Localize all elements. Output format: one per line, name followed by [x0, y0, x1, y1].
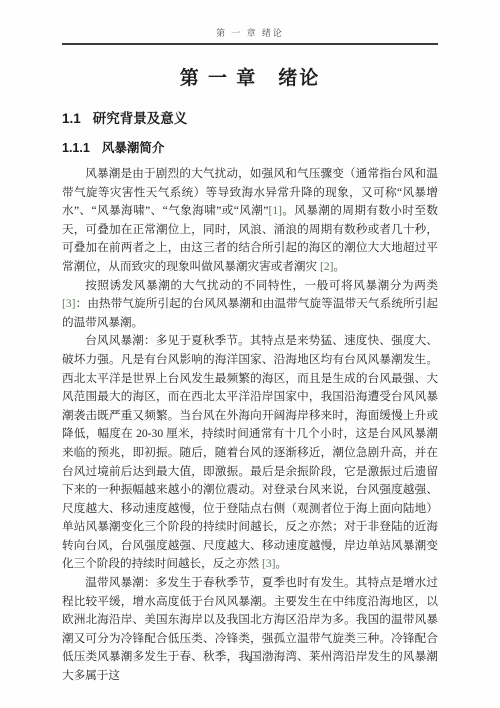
subsection-title: 风暴潮简介 [102, 141, 165, 155]
page-number: 1 [0, 655, 500, 666]
text-run: 台风风暴潮：多见于夏秋季节。其特点是来势猛、速度快、强度大、破坏力强。凡是有台风… [62, 334, 438, 570]
citation-ref[interactable]: [3] [262, 557, 276, 570]
text-run: 按照诱发风暴潮的大气扰动的不同特性，一般可将风暴潮分为两类 [85, 279, 438, 292]
citation-ref[interactable]: [3] [62, 297, 76, 310]
text-run: 。 [334, 260, 346, 273]
citation-ref[interactable]: [2] [320, 260, 334, 273]
section-heading-1-1: 1.1研究背景及意义 [62, 107, 438, 127]
subsection-number: 1.1.1 [62, 141, 102, 155]
text-run: 温带风暴潮：多发生于春秋季节，夏季也时有发生。其特点是增水过程比较平缓，增水高度… [62, 576, 438, 682]
body-paragraph: 温带风暴潮：多发生于春秋季节，夏季也时有发生。其特点是增水过程比较平缓，增水高度… [62, 574, 438, 686]
body-text: 风暴潮是由于剧烈的大气扰动，如强风和气压骤变（通常指台风和温带气旋等灾害性天气系… [62, 165, 438, 686]
citation-ref[interactable]: [1] [268, 204, 282, 217]
document-page: 第 一 章 绪论 第 一 章 绪论 1.1研究背景及意义 1.1.1风暴潮简介 … [0, 0, 500, 708]
text-run: 。 [276, 557, 288, 570]
body-paragraph: 风暴潮是由于剧烈的大气扰动，如强风和气压骤变（通常指台风和温带气旋等灾害性天气系… [62, 165, 438, 277]
subsection-heading-1-1-1: 1.1.1风暴潮简介 [62, 138, 438, 156]
section-number: 1.1 [62, 111, 93, 126]
header-divider [62, 43, 438, 45]
running-head: 第 一 章 绪论 [62, 26, 438, 39]
body-paragraph: 台风风暴潮：多见于夏秋季节。其特点是来势猛、速度快、强度大、破坏力强。凡是有台风… [62, 332, 438, 574]
body-paragraph: 按照诱发风暴潮的大气扰动的不同特性，一般可将风暴潮分为两类 [3]：由热带气旋所… [62, 277, 438, 333]
chapter-title: 第 一 章 绪论 [62, 63, 438, 90]
text-run: ：由热带气旋所引起的台风风暴潮和由温带气旋等温带天气系统所引起的温带风暴潮。 [62, 297, 438, 329]
section-title: 研究背景及意义 [93, 111, 188, 126]
